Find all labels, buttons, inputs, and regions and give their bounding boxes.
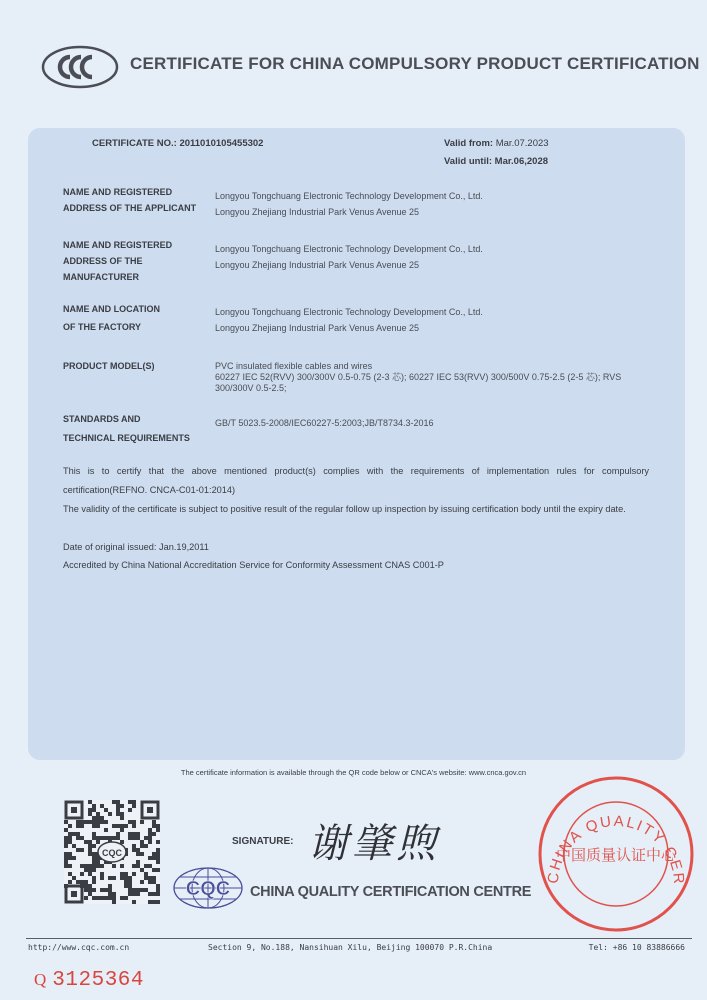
- footer-website[interactable]: http://www.cqc.com.cn: [28, 943, 129, 952]
- certificate-number: CERTIFICATE NO.: 2011010105455302: [92, 138, 263, 149]
- standards-value: GB/T 5023.5-2008/IEC60227-5:2003;JB/T873…: [215, 415, 655, 431]
- certificate-number-label: CERTIFICATE NO.:: [92, 138, 177, 149]
- issuer-name: CHINA QUALITY CERTIFICATION CENTRE: [250, 884, 531, 900]
- factory-value: Longyou Tongchuang Electronic Technology…: [215, 304, 655, 336]
- footer-tel: Tel: +86 10 83886666: [589, 943, 685, 952]
- applicant-label-line: NAME AND REGISTERED: [63, 184, 203, 200]
- cqc-globe-logo-icon: CQC: [172, 866, 244, 910]
- factory-address: Longyou Zhejiang Industrial Park Venus A…: [215, 320, 655, 336]
- footer-address: Section 9, No.188, Nansihuan Xilu, Beiji…: [208, 943, 492, 952]
- factory-label-line: OF THE FACTORY: [63, 318, 203, 336]
- svg-text:CQC: CQC: [186, 878, 230, 900]
- standards-label: STANDARDS AND TECHNICAL REQUIREMENTS: [63, 410, 203, 448]
- svg-text:CQC: CQC: [102, 848, 123, 858]
- certificate-header: CERTIFICATE FOR CHINA COMPULSORY PRODUCT…: [40, 40, 680, 92]
- qr-code[interactable]: CQC: [64, 800, 160, 904]
- product-model-value: PVC insulated flexible cables and wires …: [215, 361, 647, 394]
- certificate-number-value: 2011010105455302: [179, 138, 263, 149]
- applicant-label-line: ADDRESS OF THE APPLICANT: [63, 200, 203, 216]
- manufacturer-label-line: NAME AND REGISTERED: [63, 237, 203, 253]
- product-models: 60227 IEC 52(RVV) 300/300V 0.5-0.75 (2-3…: [215, 372, 647, 394]
- manufacturer-label: NAME AND REGISTERED ADDRESS OF THE MANUF…: [63, 237, 203, 285]
- footer-divider: [26, 938, 692, 939]
- applicant-name: Longyou Tongchuang Electronic Technology…: [215, 188, 655, 204]
- validity-statement: The validity of the certificate is subje…: [63, 500, 649, 519]
- factory-label-line: NAME AND LOCATION: [63, 300, 203, 318]
- original-issue-date: Date of original issued: Jan.19,2011: [63, 538, 649, 557]
- certify-statement: This is to certify that the above mentio…: [63, 462, 649, 499]
- valid-until-label: Valid until:: [444, 156, 492, 167]
- seal-outer-text: CHINA QUALITY CERTIFICATION CENTRE: [530, 772, 687, 886]
- ccc-mark-icon: [40, 45, 120, 89]
- svg-text:CHINA QUALITY CERTIFICATION CE: CHINA QUALITY CERTIFICATION CENTRE: [530, 772, 687, 886]
- product-model-label: PRODUCT MODEL(S): [63, 358, 203, 374]
- serial-prefix: Q: [34, 970, 46, 989]
- standards-label-line: TECHNICAL REQUIREMENTS: [63, 429, 203, 448]
- applicant-address: Longyou Zhejiang Industrial Park Venus A…: [215, 204, 655, 220]
- manufacturer-value: Longyou Tongchuang Electronic Technology…: [215, 241, 655, 273]
- product-type: PVC insulated flexible cables and wires: [215, 361, 647, 372]
- factory-name: Longyou Tongchuang Electronic Technology…: [215, 304, 655, 320]
- valid-until: Valid until: Mar.06,2028: [444, 156, 548, 167]
- manufacturer-address: Longyou Zhejiang Industrial Park Venus A…: [215, 257, 655, 273]
- serial-number: Q3125364: [34, 969, 144, 992]
- applicant-label: NAME AND REGISTERED ADDRESS OF THE APPLI…: [63, 184, 203, 216]
- seal-inner-text: 中国质量认证中心: [556, 846, 677, 864]
- manufacturer-label-line: MANUFACTURER: [63, 269, 203, 285]
- valid-from-value: Mar.07.2023: [496, 138, 549, 149]
- certificate-title: CERTIFICATE FOR CHINA COMPULSORY PRODUCT…: [130, 54, 700, 74]
- manufacturer-label-line: ADDRESS OF THE: [63, 253, 203, 269]
- signature: 谢肇煦: [308, 812, 440, 869]
- valid-from-label: Valid from:: [444, 138, 493, 149]
- standards-label-line: STANDARDS AND: [63, 410, 203, 429]
- valid-from: Valid from: Mar.07.2023: [444, 138, 549, 149]
- signature-label: SIGNATURE:: [232, 836, 293, 847]
- official-seal: CHINA QUALITY CERTIFICATION CENTRE 中国质量认…: [530, 772, 700, 932]
- manufacturer-name: Longyou Tongchuang Electronic Technology…: [215, 241, 655, 257]
- applicant-value: Longyou Tongchuang Electronic Technology…: [215, 188, 655, 220]
- valid-until-value: Mar.06,2028: [495, 156, 548, 167]
- serial-value: 3125364: [52, 969, 144, 992]
- factory-label: NAME AND LOCATION OF THE FACTORY: [63, 300, 203, 336]
- accreditation-statement: Accredited by China National Accreditati…: [63, 556, 649, 575]
